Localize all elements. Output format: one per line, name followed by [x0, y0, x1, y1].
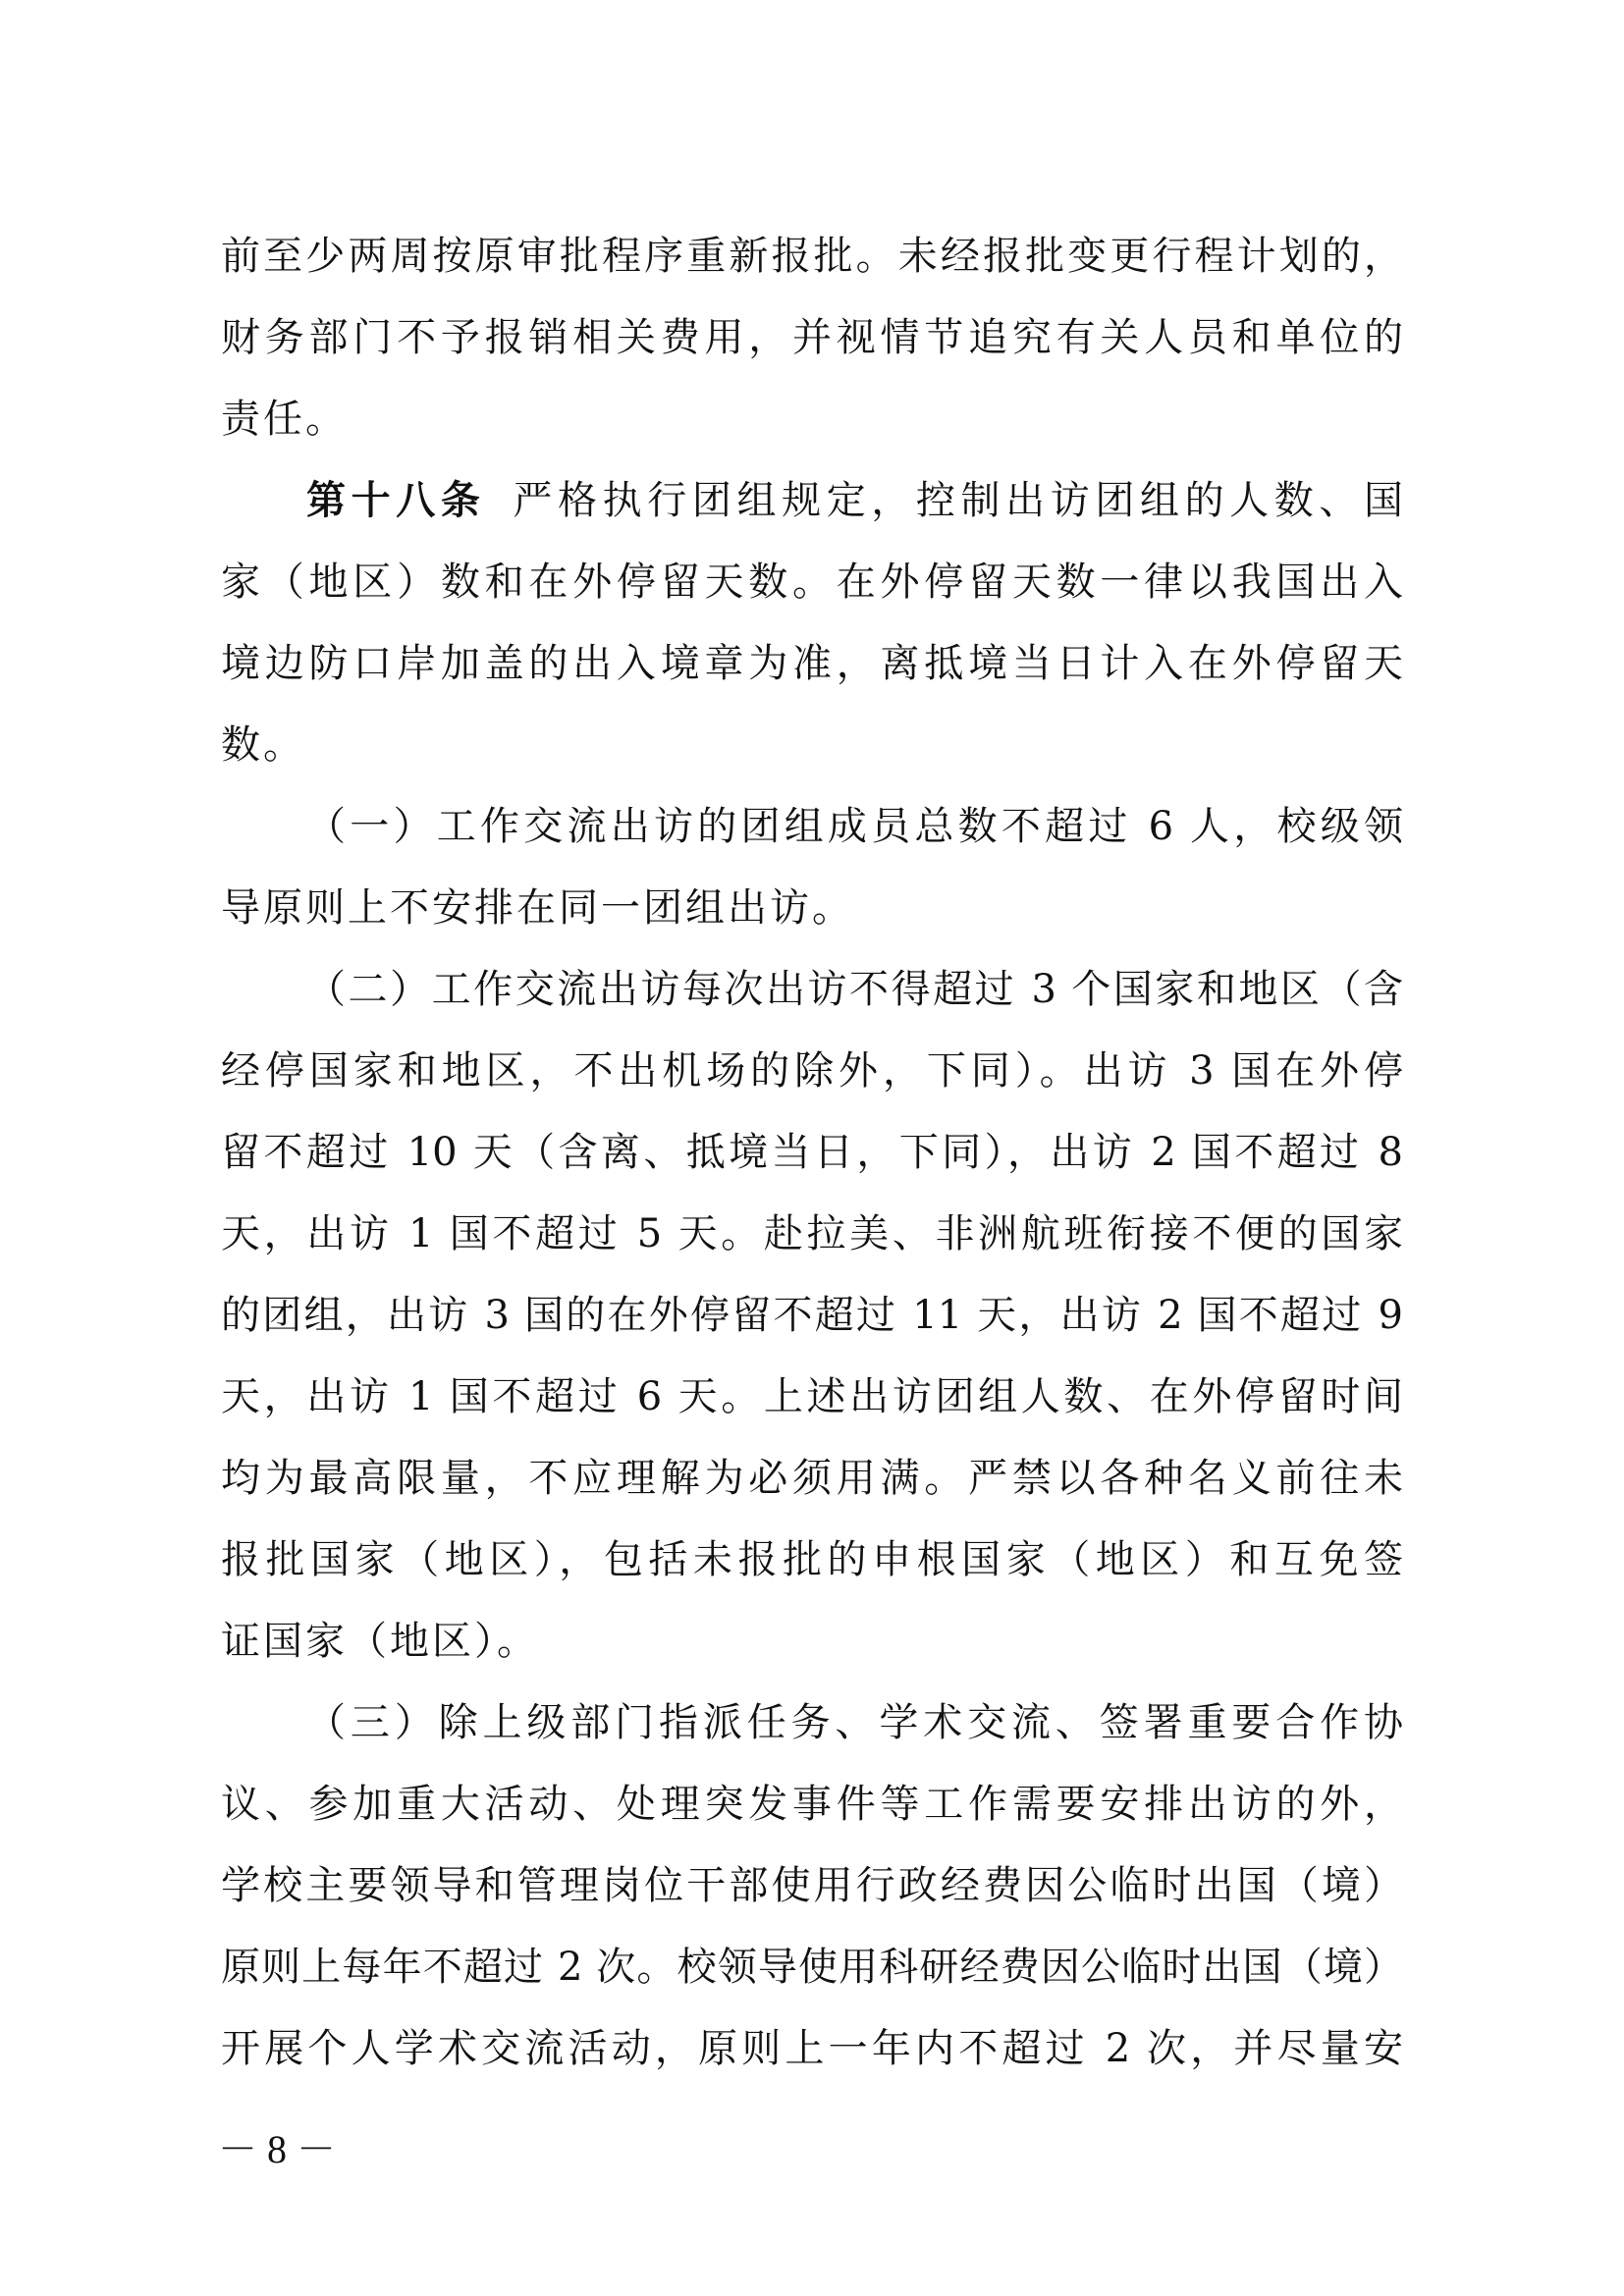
text-line: 证国家（地区）。 [221, 1613, 1403, 1694]
article-18: 第十八条严格执行团组规定，控制出访团组的人数、国 家（地区）数和在外停留天数。在… [221, 472, 1403, 798]
text-line: 家（地区）数和在外停留天数。在外停留天数一律以我国出入 [221, 554, 1403, 635]
item-3: （三）除上级部门指派任务、学术交流、签署重要合作协 议、参加重大活动、处理突发事… [221, 1694, 1403, 2102]
text-line: 均为最高限量，不应理解为必须用满。严禁以各种名义前往未 [221, 1450, 1403, 1531]
text-line: 第十八条严格执行团组规定，控制出访团组的人数、国 [221, 472, 1403, 554]
text-line: 责任。 [221, 391, 1403, 472]
text-line: 天，出访 1 国不超过 6 天。上述出访团组人数、在外停留时间 [221, 1368, 1403, 1450]
text-line: 报批国家（地区），包括未报批的申根国家（地区）和互免签 [221, 1531, 1403, 1613]
item-2: （二）工作交流出访每次出访不得超过 3 个国家和地区（含 经停国家和地区，不出机… [221, 961, 1403, 1694]
document-body: 前至少两周按原审批程序重新报批。未经报批变更行程计划的， 财务部门不予报销相关费… [221, 228, 1403, 2102]
text-line: （三）除上级部门指派任务、学术交流、签署重要合作协 [221, 1694, 1403, 1776]
article-heading: 第十八条 [306, 477, 485, 523]
text-line: 境边防口岸加盖的出入境章为准，离抵境当日计入在外停留天 [221, 635, 1403, 717]
text-line: 数。 [221, 717, 1403, 798]
text-line: 留不超过 10 天（含离、抵境当日，下同），出访 2 国不超过 8 [221, 1124, 1403, 1205]
text-line: 经停国家和地区，不出机场的除外，下同）。出访 3 国在外停 [221, 1042, 1403, 1124]
article-first-line-text: 严格执行团组规定，控制出访团组的人数、国 [513, 478, 1403, 523]
text-line: 天，出访 1 国不超过 5 天。赴拉美、非洲航班衔接不便的国家 [221, 1205, 1403, 1287]
text-line: 学校主要领导和管理岗位干部使用行政经费因公临时出国（境） [221, 1857, 1403, 1939]
text-line: 的团组，出访 3 国的在外停留不超过 11 天，出访 2 国不超过 9 [221, 1287, 1403, 1368]
text-line: 原则上每年不超过 2 次。校领导使用科研经费因公临时出国（境） [221, 1939, 1403, 2020]
page-number: － 8 － [218, 2128, 336, 2171]
text-line: 导原则上不安排在同一团组出访。 [221, 880, 1403, 961]
text-line: （二）工作交流出访每次出访不得超过 3 个国家和地区（含 [221, 961, 1403, 1042]
paragraph-continued: 前至少两周按原审批程序重新报批。未经报批变更行程计划的， 财务部门不予报销相关费… [221, 228, 1403, 472]
text-line: 财务部门不予报销相关费用，并视情节追究有关人员和单位的 [221, 309, 1403, 391]
text-line: 议、参加重大活动、处理突发事件等工作需要安排出访的外， [221, 1776, 1403, 1857]
text-line: 开展个人学术交流活动，原则上一年内不超过 2 次，并尽量安 [221, 2020, 1403, 2102]
document-page: 前至少两周按原审批程序重新报批。未经报批变更行程计划的， 财务部门不予报销相关费… [0, 0, 1624, 2296]
text-line: 前至少两周按原审批程序重新报批。未经报批变更行程计划的， [221, 228, 1403, 309]
text-line: （一）工作交流出访的团组成员总数不超过 6 人，校级领 [221, 798, 1403, 880]
item-1: （一）工作交流出访的团组成员总数不超过 6 人，校级领 导原则上不安排在同一团组… [221, 798, 1403, 961]
